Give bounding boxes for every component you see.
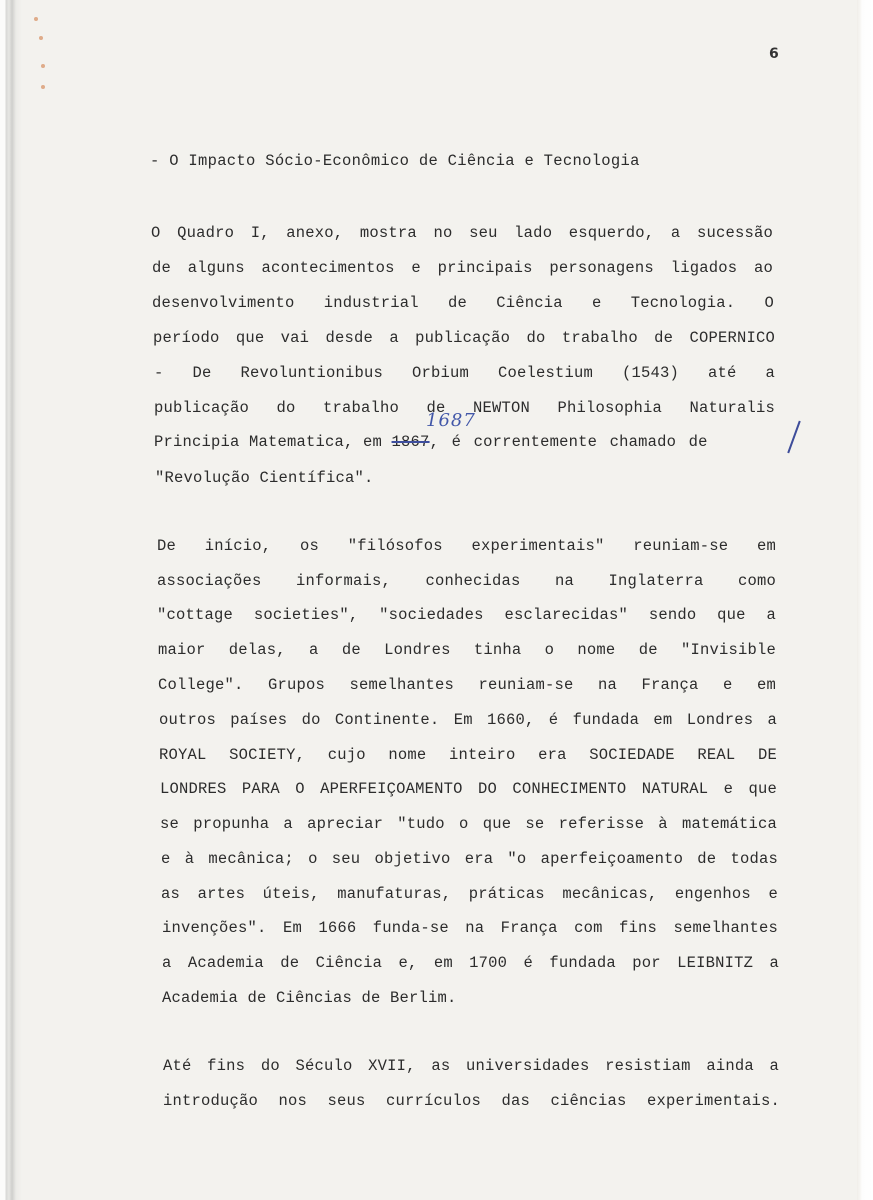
struck-year: 1867 [392,433,430,451]
text-line: Principia Matematica, em 1867, é corrent… [154,433,708,451]
text-line: outros países do Continente. Em 1660, é … [159,711,777,729]
text-line: "cottage societies", "sociedades esclare… [157,606,776,624]
text-line: associações informais, conhecidas na Ing… [157,572,776,590]
text-line: de alguns acontecimentos e principais pe… [152,259,773,277]
text-line: Academia de Ciências de Berlim. [162,989,457,1007]
text-line: LONDRES PARA O APERFEIÇOAMENTO DO CONHEC… [160,780,777,798]
paper-speck [34,17,38,21]
text-line: De início, os "filósofos experimentais" … [157,537,776,555]
text-line: - De Revoluntionibus Orbium Coelestium (… [154,364,775,382]
text-line: e à mecânica; o seu objetivo era "o aper… [161,850,778,868]
text-line: maior delas, a de Londres tinha o nome d… [158,641,776,659]
page-number: 6 [769,46,779,62]
paper-speck [41,85,45,89]
text-line: as artes úteis, manufaturas, práticas me… [161,885,778,903]
text-line: College". Grupos semelhantes reuniam-se … [158,676,776,694]
scan-left-edge [0,0,22,1200]
handwritten-correction: 1687 [426,410,476,431]
text-line: introdução nos seus currículos das ciênc… [163,1092,780,1110]
text-line: a Academia de Ciência e, em 1700 é funda… [162,954,779,972]
paper-speck [39,36,43,40]
section-heading: - O Impacto Sócio-Econômico de Ciência e… [150,152,640,170]
text-line: se propunha a apreciar "tudo o que se re… [160,815,777,833]
text-line: invenções". Em 1666 funda-se na França c… [162,919,778,937]
text-line: desenvolvimento industrial de Ciência e … [152,294,774,312]
text-line: ROYAL SOCIETY, cujo nome inteiro era SOC… [159,746,777,764]
text-line: período que vai desde a publicação do tr… [153,329,775,347]
paper-speck [41,64,45,68]
text-line: O Quadro I, anexo, mostra no seu lado es… [151,224,773,242]
text-line: "Revolução Científica". [155,469,374,487]
scan-right-edge [857,0,873,1200]
text-line: Até fins do Século XVII, as universidade… [163,1057,779,1075]
margin-mark [787,421,801,454]
